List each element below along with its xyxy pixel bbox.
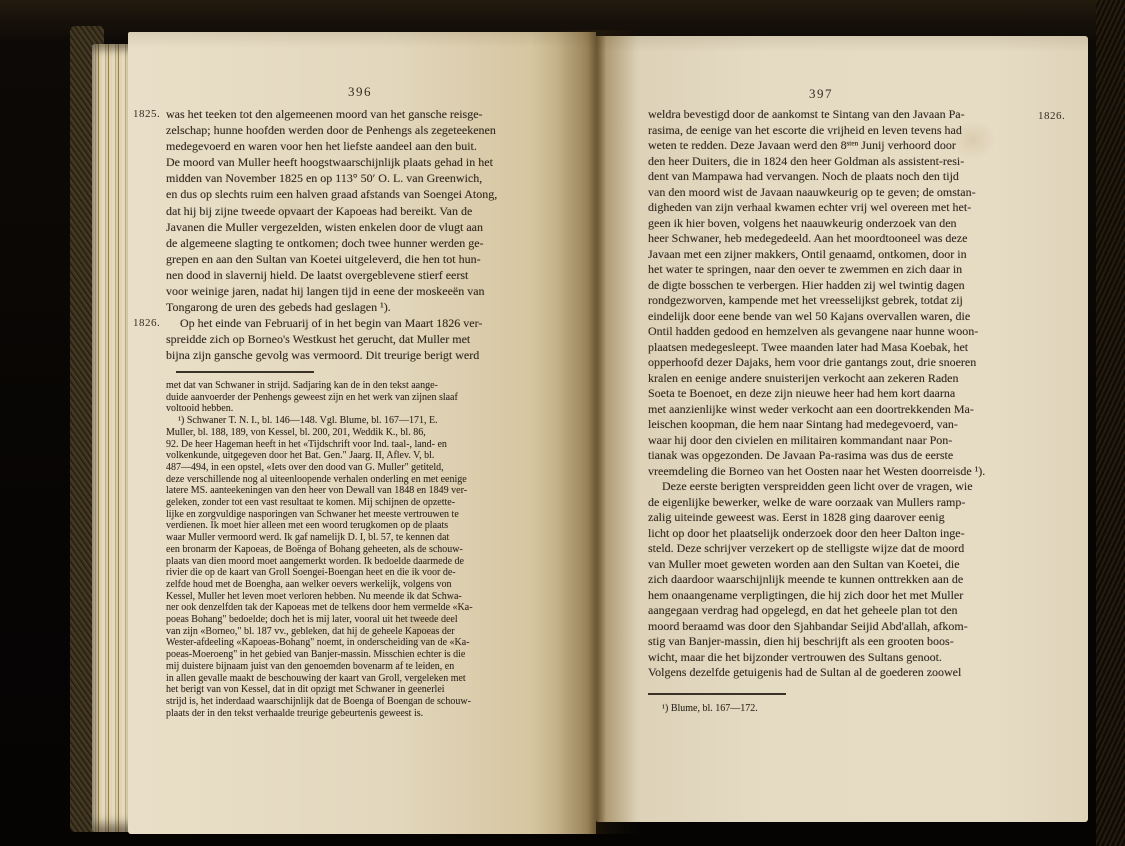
right-page-text-column: weldra bevestigd door de aankomst te Sin…: [648, 107, 1038, 681]
left-footnote-block: met dat van Schwaner in strijd. Sadjarin…: [166, 380, 558, 719]
right-margin-year-1826: 1826.: [1038, 110, 1065, 122]
left-page-text-column: was het teeken tot den algemeenen moord …: [166, 106, 558, 364]
right-footnote-1: ¹) Blume, bl. 167—172.: [650, 703, 1040, 715]
left-paragraph-2: Op het einde van Februarij of in het beg…: [166, 315, 558, 363]
left-margin-year-1826: 1826.: [133, 317, 160, 329]
right-paragraph-1: weldra bevestigd door de aankomst te Sin…: [648, 107, 1038, 479]
left-footnote-continuation: met dat van Schwaner in strijd. Sadjarin…: [166, 380, 558, 415]
left-page-number: 396: [166, 84, 554, 100]
right-footnote-rule: [648, 693, 786, 695]
left-margin-year-1825: 1825.: [133, 108, 160, 120]
left-footnote-rule: [176, 371, 314, 373]
right-paragraph-2: Deze eerste berigten verspreidden geen l…: [648, 479, 1038, 681]
right-page-number: 397: [630, 86, 1012, 102]
left-footnote-1: ¹) Schwaner T. N. I., bl. 146—148. Vgl. …: [166, 415, 558, 719]
left-paragraph-1: was het teeken tot den algemeenen moord …: [166, 106, 558, 315]
right-cover-edge: [1096, 0, 1125, 846]
book-photo: 396 1825. 1826. was het teeken tot den a…: [0, 0, 1125, 846]
